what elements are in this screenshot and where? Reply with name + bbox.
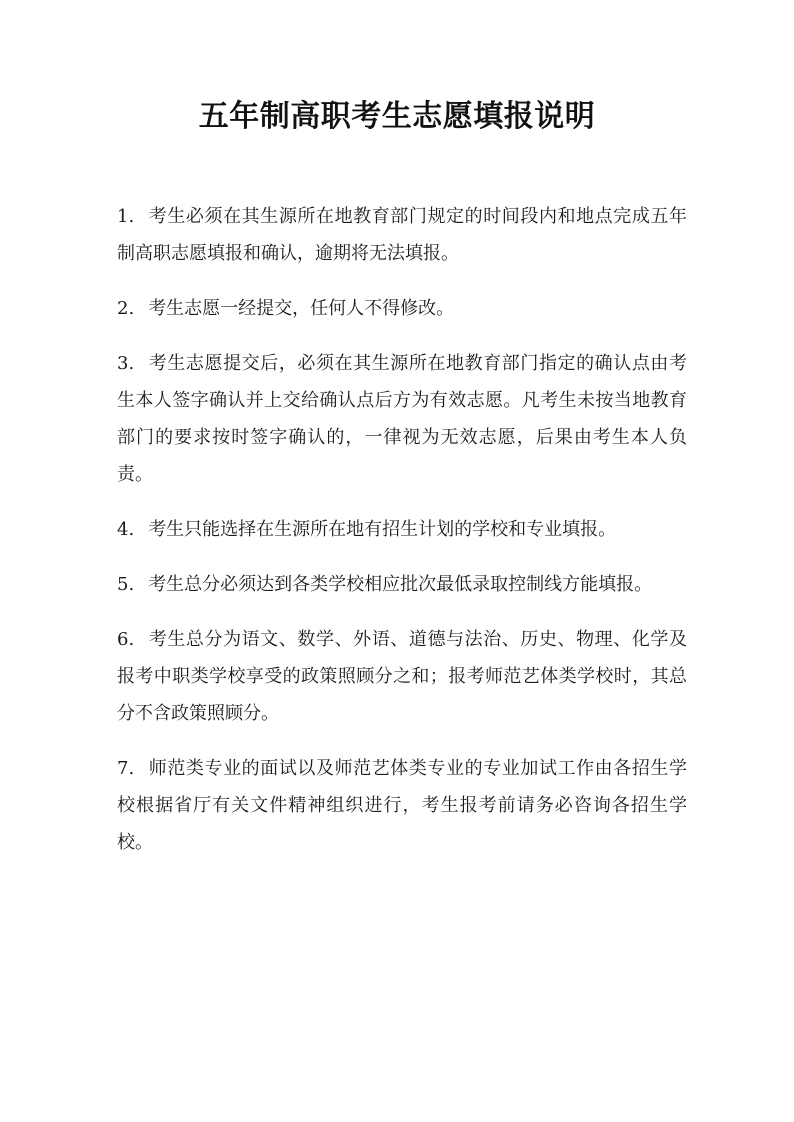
item-number: 4. xyxy=(117,511,134,548)
instruction-item-1: 1.考生必须在其生源所在地教育部门规定的时间段内和地点完成五年制高职志愿填报和确… xyxy=(117,198,687,272)
item-text: 师范类专业的面试以及师范艺体类专业的专业加试工作由各招生学校根据省厅有关文件精神… xyxy=(117,758,687,853)
instruction-item-4: 4.考生只能选择在生源所在地有招生计划的学校和专业填报。 xyxy=(117,511,687,548)
item-text: 考生志愿一经提交，任何人不得修改。 xyxy=(148,298,454,319)
instruction-item-7: 7.师范类专业的面试以及师范艺体类专业的专业加试工作由各招生学校根据省厅有关文件… xyxy=(117,750,687,861)
item-text: 考生总分为语文、数学、外语、道德与法治、历史、物理、化学及报考中职类学校享受的政… xyxy=(117,629,687,724)
item-number: 1. xyxy=(117,198,134,235)
item-text: 考生总分必须达到各类学校相应批次最低录取控制线方能填报。 xyxy=(148,574,652,595)
item-text: 考生必须在其生源所在地教育部门规定的时间段内和地点完成五年制高职志愿填报和确认，… xyxy=(117,206,687,264)
item-number: 5. xyxy=(117,566,134,603)
item-number: 7. xyxy=(117,750,134,787)
document-title: 五年制高职考生志愿填报说明 xyxy=(0,97,794,137)
document-page: 五年制高职考生志愿填报说明 1.考生必须在其生源所在地教育部门规定的时间段内和地… xyxy=(0,0,794,1122)
instructions-list: 1.考生必须在其生源所在地教育部门规定的时间段内和地点完成五年制高职志愿填报和确… xyxy=(117,198,687,879)
instruction-item-2: 2.考生志愿一经提交，任何人不得修改。 xyxy=(117,290,687,327)
item-number: 6. xyxy=(117,621,134,658)
instruction-item-3: 3.考生志愿提交后，必须在其生源所在地教育部门指定的确认点由考生本人签字确认并上… xyxy=(117,345,687,493)
item-number: 2. xyxy=(117,290,134,327)
instruction-item-6: 6.考生总分为语文、数学、外语、道德与法治、历史、物理、化学及报考中职类学校享受… xyxy=(117,621,687,732)
item-number: 3. xyxy=(117,345,134,382)
item-text: 考生志愿提交后，必须在其生源所在地教育部门指定的确认点由考生本人签字确认并上交给… xyxy=(117,353,687,485)
item-text: 考生只能选择在生源所在地有招生计划的学校和专业填报。 xyxy=(148,519,616,540)
instruction-item-5: 5.考生总分必须达到各类学校相应批次最低录取控制线方能填报。 xyxy=(117,566,687,603)
